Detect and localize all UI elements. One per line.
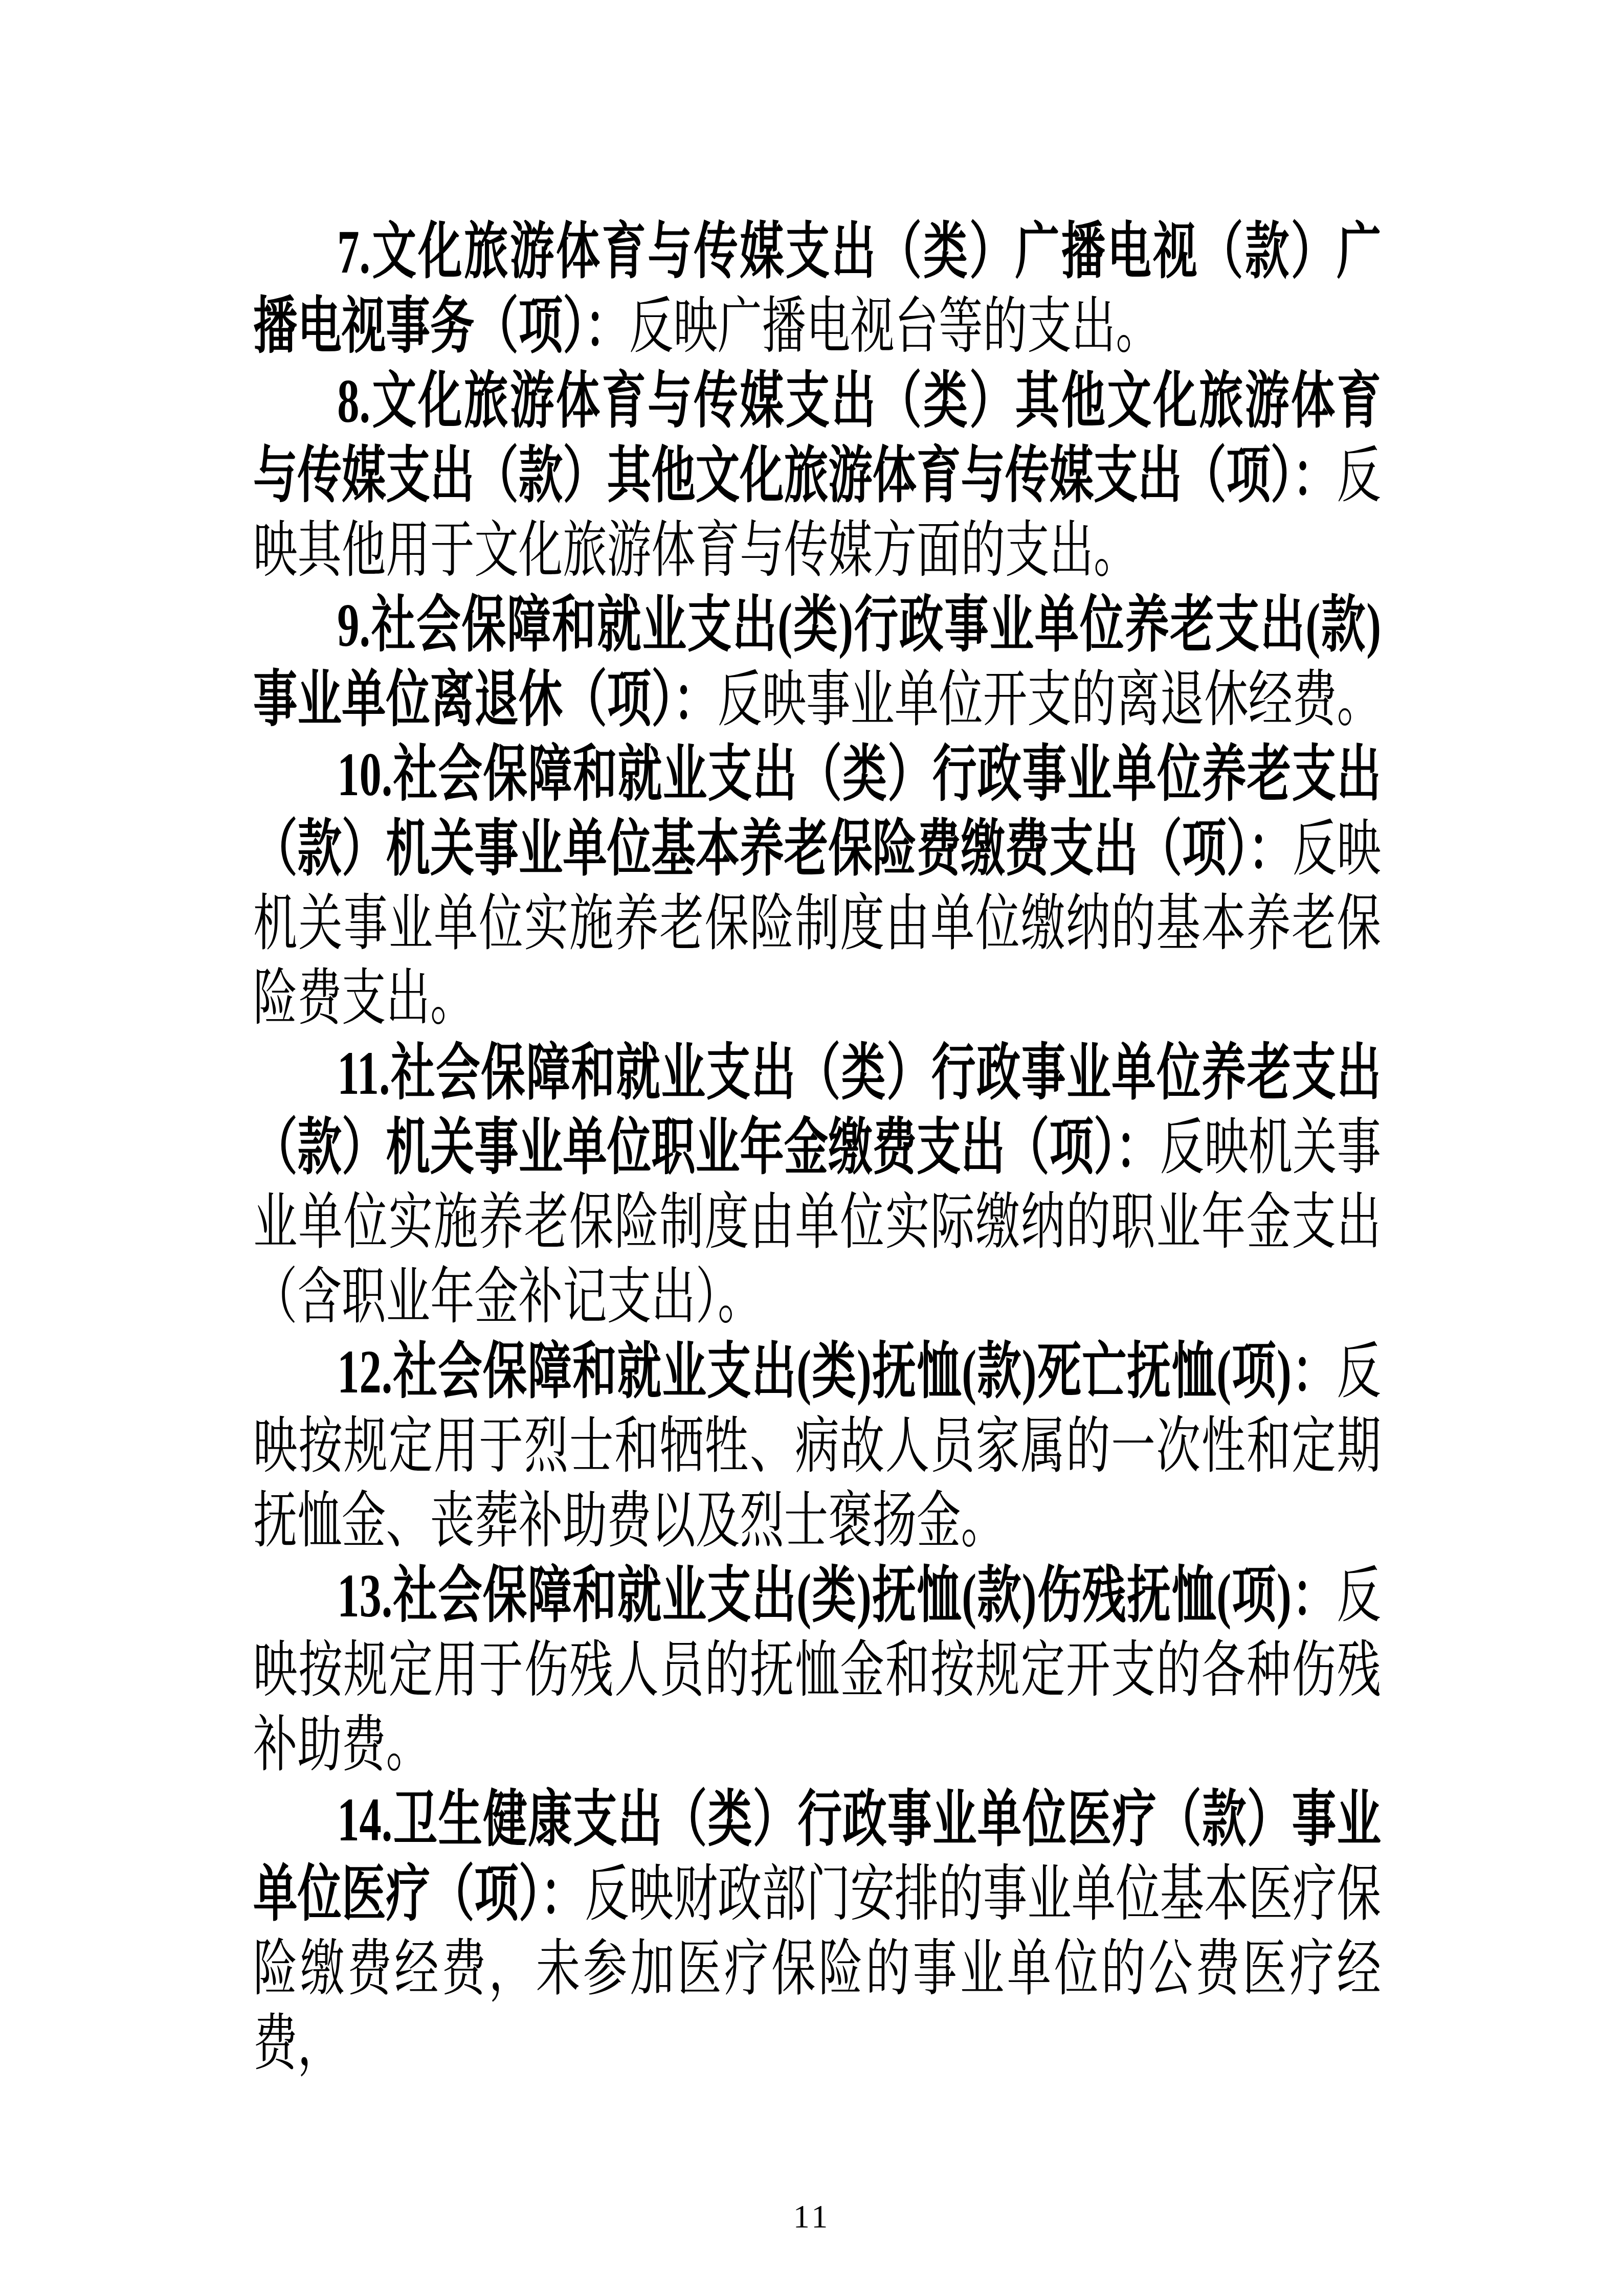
- item-7-description: 反映广播电视台等的支出。: [629, 292, 1160, 361]
- item-12-heading: 12.社会保障和就业支出(类)抚恤(款)死亡抚恤(项)：: [337, 1338, 1337, 1406]
- document-text-column: 7.文化旅游体育与传媒支出（类）广播电视（款）广播电视事务（项）：反映广播电视台…: [253, 215, 1381, 2081]
- item-9-description: 反映事业单位开支的离退休经费。: [718, 666, 1381, 734]
- paragraph-item-14: 14.卫生健康支出（类）行政事业单位医疗（款）事业单位医疗（项）：反映财政部门安…: [253, 1783, 1381, 2081]
- paragraph-item-7: 7.文化旅游体育与传媒支出（类）广播电视（款）广播电视事务（项）：反映广播电视台…: [253, 215, 1381, 364]
- item-10-heading: 10.社会保障和就业支出（类）行政事业单位养老支出（款）机关事业单位基本养老保险…: [253, 740, 1381, 883]
- paragraph-item-13: 13.社会保障和就业支出(类)抚恤(款)伤残抚恤(项)：反映按规定用于伤残人员的…: [253, 1559, 1381, 1783]
- paragraph-item-12: 12.社会保障和就业支出(类)抚恤(款)死亡抚恤(项)：反映按规定用于烈士和牺牲…: [253, 1335, 1381, 1559]
- paragraph-item-8: 8.文化旅游体育与传媒支出（类）其他文化旅游体育与传媒支出（款）其他文化旅游体育…: [253, 364, 1381, 588]
- paragraph-item-9: 9.社会保障和就业支出(类)行政事业单位养老支出(款)事业单位离退休（项）：反映…: [253, 588, 1381, 737]
- page-number: 11: [793, 2198, 831, 2235]
- paragraph-item-11: 11.社会保障和就业支出（类）行政事业单位养老支出（款）机关事业单位职业年金缴费…: [253, 1036, 1381, 1335]
- item-8-heading: 8.文化旅游体育与传媒支出（类）其他文化旅游体育与传媒支出（款）其他文化旅游体育…: [253, 367, 1381, 510]
- page-footer: 11: [0, 2196, 1624, 2237]
- paragraph-item-10: 10.社会保障和就业支出（类）行政事业单位养老支出（款）机关事业单位基本养老保险…: [253, 737, 1381, 1036]
- item-13-heading: 13.社会保障和就业支出(类)抚恤(款)伤残抚恤(项)：: [337, 1562, 1337, 1630]
